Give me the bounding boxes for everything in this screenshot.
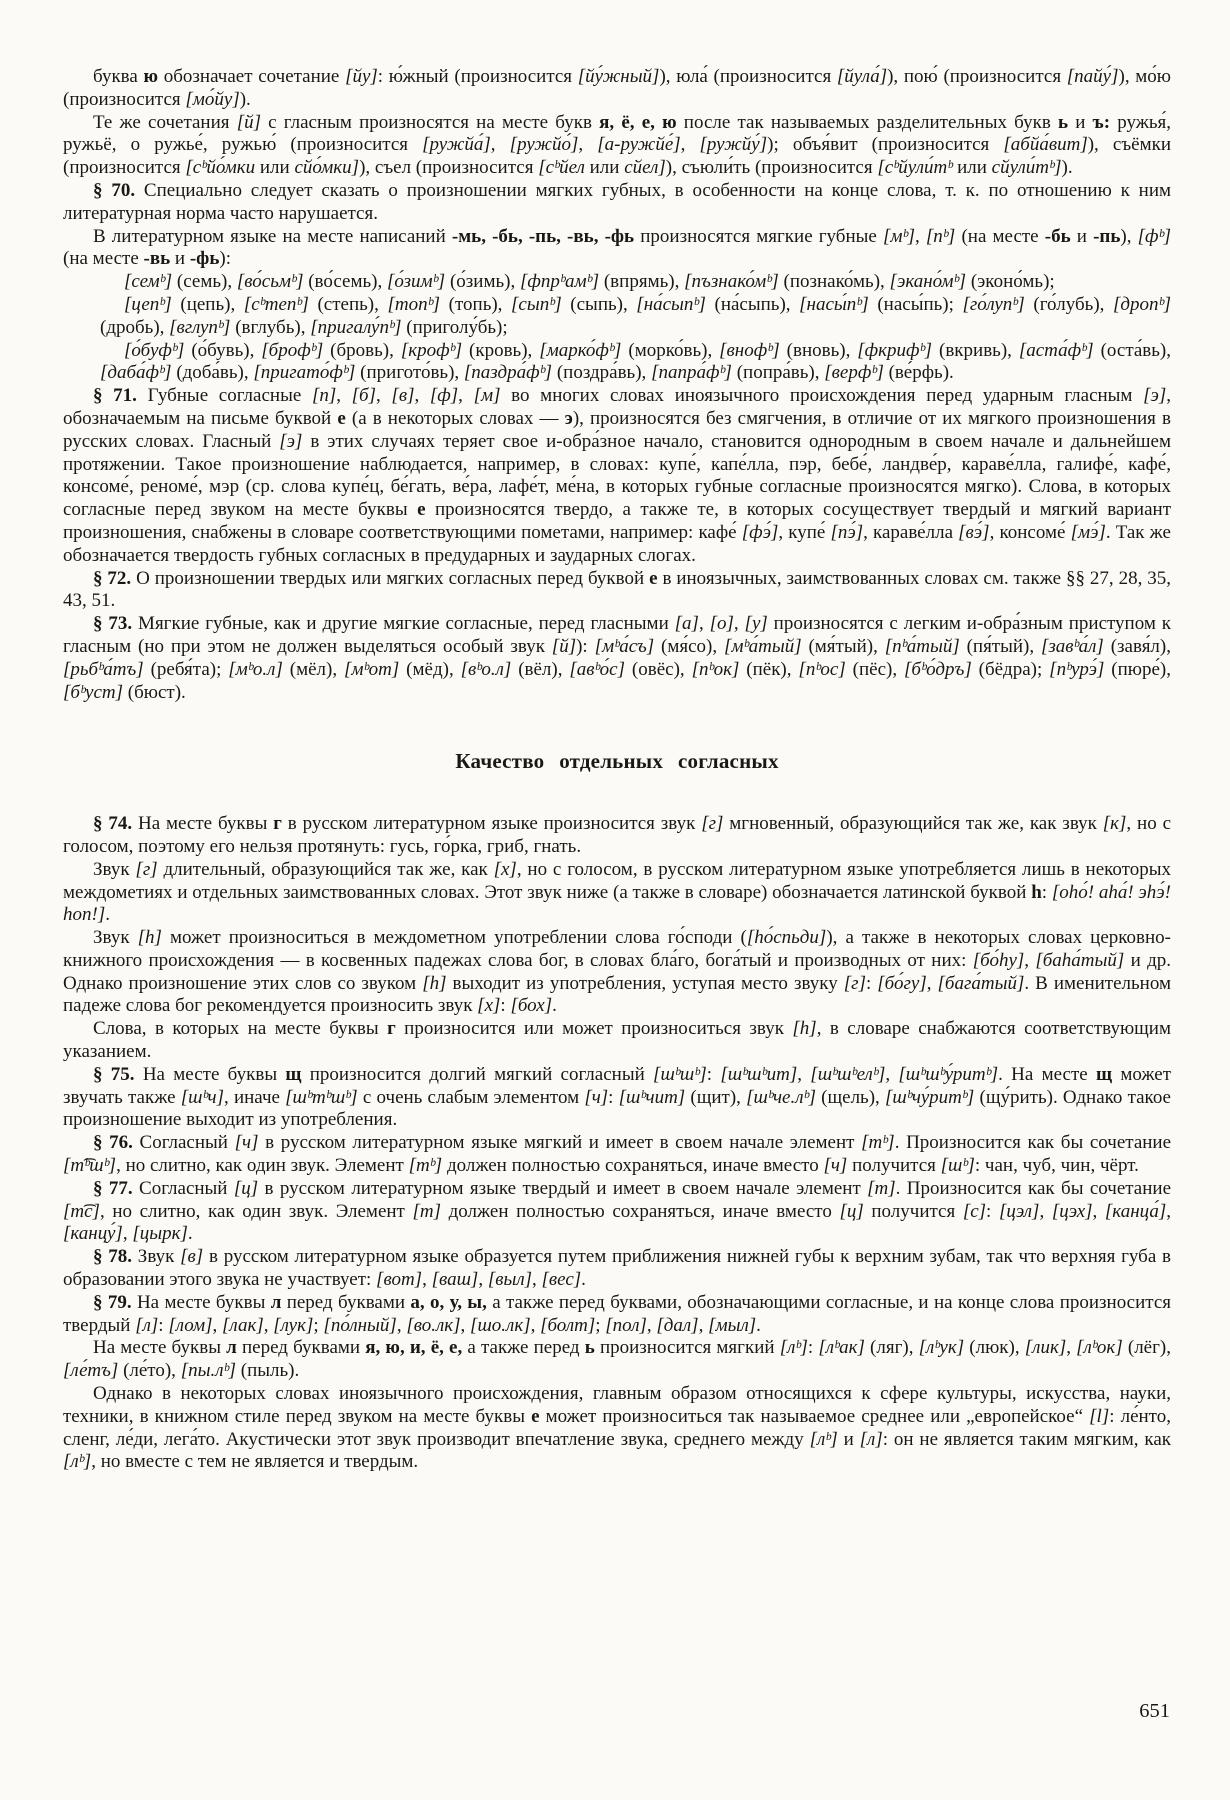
- emphasized-text: § 77.: [93, 1178, 133, 1199]
- body-text: ,: [213, 1315, 223, 1336]
- body-text: ,: [532, 1269, 542, 1290]
- transcription-text: [пайу́]: [1067, 66, 1119, 87]
- transcription-text: [пᵇ]: [926, 226, 955, 247]
- body-text: , но слитно, как один звук. Элемент: [100, 1201, 413, 1222]
- emphasized-text: е: [649, 568, 657, 589]
- emphasized-text: е: [337, 408, 345, 429]
- transcription-text: [мᵇа́съ]: [595, 636, 655, 657]
- transcription-text: [h]: [792, 1018, 816, 1039]
- emphasized-text: г: [387, 1018, 396, 1039]
- body-text: (пюре́),: [1104, 659, 1171, 680]
- body-text: ,: [422, 1269, 432, 1290]
- transcription-text: [х]: [477, 995, 500, 1016]
- body-text: перед буквами: [281, 1292, 410, 1313]
- body-text: ,: [699, 613, 710, 634]
- body-text: (пригото́вь),: [355, 362, 464, 383]
- emphasized-text: § 79.: [93, 1292, 132, 1313]
- body-text: :: [866, 973, 877, 994]
- body-text: произносится мягкий: [595, 1337, 780, 1358]
- transcription-text: [шо.лк]: [470, 1315, 531, 1336]
- transcription-text: сйел]: [624, 157, 666, 178]
- transcription-text: [т͡с]: [63, 1201, 100, 1222]
- transcription-text: [шᵇчит]: [619, 1087, 686, 1108]
- transcription-text: [бага́тый]: [938, 973, 1025, 994]
- paragraph: § 76. Согласный [ч] в русском литературн…: [63, 1132, 1171, 1178]
- body-text: , караве́лла: [863, 522, 958, 543]
- transcription-text: [о]: [710, 613, 734, 634]
- body-text: (на месте: [63, 248, 144, 269]
- body-text: Те же сочетания: [93, 112, 237, 133]
- emphasized-text: -мь, -бь, -пь, -вь, -фь: [452, 226, 634, 247]
- body-text: . На месте: [998, 1064, 1096, 1085]
- transcription-text: [брофᵇ]: [261, 340, 323, 361]
- transcription-text: [б]: [352, 385, 376, 406]
- body-text: (попра́вь),: [732, 362, 824, 383]
- transcription-text: [пригалу́пᵇ]: [310, 317, 401, 338]
- body-text: (мёл),: [283, 659, 344, 680]
- body-text: ,: [1024, 950, 1035, 971]
- body-text: ,: [699, 1315, 709, 1336]
- transcription-text: [лᵇок]: [1076, 1337, 1123, 1358]
- transcription-text: [канцу́]: [63, 1223, 123, 1244]
- emphasized-text: -фь: [190, 248, 220, 269]
- example-list-paragraph: [семᵇ] (семь), [во́сьмᵇ] (во́семь), [о́з…: [63, 271, 1171, 294]
- transcription-text: [э]: [1143, 385, 1166, 406]
- paragraph: § 74. На месте буквы г в русском литерат…: [63, 813, 1171, 859]
- transcription-text: [лак]: [222, 1315, 264, 1336]
- body-text: (щит),: [685, 1087, 746, 1108]
- transcription-text: [х]: [494, 859, 517, 880]
- transcription-text: [лᵇак]: [818, 1337, 865, 1358]
- body-text: (во́семь),: [303, 271, 387, 292]
- body-text: (пыль).: [236, 1360, 299, 1381]
- body-text: (кровь),: [462, 340, 539, 361]
- transcription-text: [по́лный]: [323, 1315, 396, 1336]
- transcription-text: [пъзнако́мᵇ]: [684, 271, 779, 292]
- body-text: должен полностью сохраняться, иначе вмес…: [442, 1155, 823, 1176]
- emphasized-text: л: [271, 1292, 282, 1313]
- transcription-text: [цепᵇ]: [124, 294, 172, 315]
- transcription-text: [мᵇот]: [344, 659, 399, 680]
- body-text: произносится или может произноситься зву…: [396, 1018, 793, 1039]
- body-text: , иначе: [224, 1087, 285, 1108]
- transcription-text: [пᵇок]: [692, 659, 740, 680]
- body-text: (щель),: [816, 1087, 885, 1108]
- body-text: ):: [576, 636, 594, 657]
- transcription-text: [авᵇо́с]: [569, 659, 625, 680]
- body-text: во многих словах иноязычного происхожден…: [501, 385, 1144, 406]
- transcription-text: [бох]: [510, 995, 552, 1016]
- paragraph: § 75. На месте буквы щ произносится долг…: [63, 1064, 1171, 1132]
- transcription-text: сйули́тᵇ]: [992, 157, 1062, 178]
- body-text: в русском литературном языке образуется …: [63, 1246, 1171, 1290]
- transcription-text: [г]: [844, 973, 866, 994]
- body-text: или: [585, 157, 624, 178]
- body-text: получится: [864, 1201, 963, 1222]
- body-text: ,: [915, 226, 926, 247]
- transcription-text: [вглупᵇ]: [169, 317, 230, 338]
- transcription-text: [в]: [180, 1246, 203, 1267]
- emphasized-text: ю: [144, 66, 159, 87]
- transcription-text: [шᵇшᵇит]: [720, 1064, 797, 1085]
- transcription-text: [пᵇурэ́]: [1049, 659, 1104, 680]
- emphasized-text: я, ю, и, ё, е,: [365, 1337, 462, 1358]
- paragraph: буква ю обозначает сочетание [йу]: ю́жны…: [63, 66, 1171, 112]
- body-text: (поздра́вь),: [552, 362, 651, 383]
- body-text: а также перед: [462, 1337, 585, 1358]
- transcription-text: [фэ́]: [742, 522, 779, 543]
- transcription-text: [ч]: [235, 1132, 259, 1153]
- body-text: в русском литературном языке произноситс…: [282, 813, 701, 834]
- body-text: (бёдра);: [972, 659, 1049, 680]
- body-text: (на месте: [955, 226, 1044, 247]
- transcription-text: [лᵇук]: [919, 1337, 965, 1358]
- body-text: (степь),: [309, 294, 388, 315]
- transcription-text: [сᵇйули́тᵇ: [877, 157, 952, 178]
- body-text: ,: [647, 1315, 657, 1336]
- transcription-text: [мэ́]: [1071, 522, 1106, 543]
- body-text: (пёк),: [739, 659, 798, 680]
- body-text: ), пою́ (произносится: [887, 66, 1067, 87]
- body-text: ).: [1062, 157, 1073, 178]
- body-text: перед буквами: [237, 1337, 365, 1358]
- body-text: или: [255, 157, 294, 178]
- transcription-text: [к]: [1103, 813, 1127, 834]
- body-text: длительный, образующийся так же, как: [158, 859, 494, 880]
- body-text: ,: [1093, 1201, 1105, 1222]
- transcription-text: [h]: [422, 973, 446, 994]
- transcription-text: [т]: [412, 1201, 441, 1222]
- body-text: с гласным произносятся на месте букв: [261, 112, 599, 133]
- transcription-text: [насы́пᵇ]: [799, 294, 869, 315]
- body-text: ;: [313, 1315, 323, 1336]
- emphasized-text: h: [1031, 882, 1042, 903]
- paragraph: § 77. Согласный [ц] в русском литературн…: [63, 1178, 1171, 1246]
- transcription-text: [шᵇче.лᵇ]: [746, 1087, 816, 1108]
- body-text: ):: [219, 248, 231, 269]
- example-list-paragraph: [цепᵇ] (цепь), [сᵇтепᵇ] (степь), [топᵇ] …: [63, 294, 1171, 340]
- transcription-text: [мыл]: [708, 1315, 756, 1336]
- body-text: : он не является таким мягким, как: [883, 1429, 1171, 1450]
- book-page: буква ю обозначает сочетание [йу]: ю́жны…: [0, 0, 1230, 1800]
- transcription-text: [во.лк]: [406, 1315, 460, 1336]
- transcription-text: [баhа́тый]: [1035, 950, 1124, 971]
- body-text: или: [952, 157, 991, 178]
- emphasized-text: я, ё, е, ю: [599, 112, 677, 133]
- body-text: Слова, в которых на месте буквы: [93, 1018, 387, 1039]
- emphasized-text: § 71.: [93, 385, 137, 406]
- transcription-text: [сыпᵇ]: [511, 294, 562, 315]
- body-text: произносится долгий мягкий согласный: [301, 1064, 653, 1085]
- transcription-text: [й]: [237, 112, 261, 133]
- body-text: :: [808, 1337, 818, 1358]
- body-text: (лёг),: [1123, 1337, 1171, 1358]
- body-text: (топь),: [440, 294, 511, 315]
- paragraph: На месте буквы л перед буквами я, ю, и, …: [63, 1337, 1171, 1383]
- body-text: Согласный: [133, 1178, 234, 1199]
- body-text: обозначает сочетание: [158, 66, 345, 87]
- transcription-text: [пᵇос]: [798, 659, 845, 680]
- transcription-text: [болт]: [540, 1315, 595, 1336]
- body-text: (завя́л),: [1104, 636, 1171, 657]
- transcription-text: [с]: [963, 1201, 986, 1222]
- transcription-text: [п]: [312, 385, 336, 406]
- transcription-text: [папра́фᵇ]: [651, 362, 732, 383]
- body-text: (доба́вь),: [172, 362, 254, 383]
- body-text: (пёс),: [846, 659, 904, 680]
- transcription-text: [ч]: [584, 1087, 608, 1108]
- emphasized-text: л: [226, 1337, 237, 1358]
- transcription-text: [йула́]: [837, 66, 887, 87]
- body-text: Звук: [132, 1246, 180, 1267]
- body-text: (ве́рфь).: [884, 362, 954, 383]
- body-text: и: [170, 248, 190, 269]
- paragraph: Те же сочетания [й] с гласным произносят…: [63, 112, 1171, 180]
- transcription-text: [г]: [701, 813, 723, 834]
- transcription-text: [марко́фᵇ]: [539, 340, 621, 361]
- transcription-text: [l]: [1089, 1406, 1109, 1427]
- body-text: произносятся мягкие губные: [634, 226, 883, 247]
- body-text: О произношении твердых или мягких соглас…: [131, 568, 649, 589]
- body-text: (ребя́та);: [144, 659, 229, 680]
- body-text: :: [158, 1315, 168, 1336]
- body-text: после так называемых разделительных букв: [677, 112, 1058, 133]
- transcription-text: [пол]: [605, 1315, 647, 1336]
- transcription-text: [абйа́вит]: [1003, 134, 1087, 155]
- transcription-text: [бо́hу]: [973, 950, 1025, 971]
- transcription-text: [аста́фᵇ]: [1019, 340, 1094, 361]
- transcription-text: [а]: [675, 613, 699, 634]
- transcription-text: [лᵇ]: [810, 1429, 838, 1450]
- body-text: (дробь),: [100, 317, 169, 338]
- body-text: ,: [264, 1315, 274, 1336]
- body-text: ,: [1039, 1201, 1051, 1222]
- body-text: ,: [461, 1315, 471, 1336]
- body-text: и: [1068, 112, 1093, 133]
- body-text: ), съел (произносится: [359, 157, 538, 178]
- transcription-text: [даба́фᵇ]: [100, 362, 172, 383]
- body-text: ,: [734, 613, 745, 634]
- body-text: (семь),: [172, 271, 237, 292]
- body-text: (о́зимь),: [445, 271, 520, 292]
- transcription-text: [ц]: [234, 1178, 258, 1199]
- paragraph: В литературном языке на месте написаний …: [63, 226, 1171, 272]
- emphasized-text: § 76.: [93, 1132, 133, 1153]
- transcription-text: [рьбᵇа́тъ]: [63, 659, 144, 680]
- transcription-text: [пригато́фᵇ]: [253, 362, 355, 383]
- emphasized-text: е: [531, 1406, 539, 1427]
- transcription-text: [бо́гу]: [877, 973, 926, 994]
- body-text: в русском литературном языке твердый и и…: [258, 1178, 867, 1199]
- emphasized-text: § 75.: [93, 1064, 135, 1085]
- body-text: На месте буквы: [132, 813, 273, 834]
- body-text: (мя́тый),: [802, 636, 885, 657]
- transcription-text: [м]: [474, 385, 501, 406]
- body-text: (сыпь),: [562, 294, 637, 315]
- transcription-text: [ваш]: [432, 1269, 479, 1290]
- body-text: ,: [336, 385, 351, 406]
- text-content: буква ю обозначает сочетание [йу]: ю́жны…: [63, 66, 1171, 1474]
- body-text: В литературном языке на месте написаний: [93, 226, 452, 247]
- transcription-text: [вот]: [376, 1269, 422, 1290]
- body-text: ,: [885, 1064, 898, 1085]
- body-text: На месте буквы: [135, 1064, 286, 1085]
- transcription-text: [сᵇйо́мки: [185, 157, 255, 178]
- emphasized-text: -бь: [1045, 226, 1071, 247]
- body-text: , но слитно, как один звук. Элемент: [116, 1155, 408, 1176]
- transcription-text: [мо́йу]: [185, 89, 239, 110]
- body-text: (эконо́мь);: [966, 271, 1055, 292]
- body-text: ),: [1120, 226, 1137, 247]
- body-text: (цепь),: [172, 294, 244, 315]
- emphasized-text: -вь: [144, 248, 171, 269]
- page-number: 651: [1139, 1700, 1170, 1723]
- transcription-text: [йу]: [345, 66, 378, 87]
- transcription-text: [пэ́]: [830, 522, 863, 543]
- body-text: Мягкие губные, как и другие мягкие согла…: [132, 613, 674, 634]
- emphasized-text: а, о, у, ы,: [410, 1292, 487, 1313]
- paragraph: Однако в некоторых словах иноязычного пр…: [63, 1383, 1171, 1474]
- paragraph: Слова, в которых на месте буквы г произн…: [63, 1018, 1171, 1064]
- body-text: , консоме́: [990, 522, 1071, 543]
- transcription-text: [цэл]: [999, 1201, 1039, 1222]
- body-text: (вкривь),: [932, 340, 1019, 361]
- body-text: , но вместе с тем не является и твердым.: [91, 1451, 418, 1472]
- transcription-text: [шᵇ]: [941, 1155, 975, 1176]
- transcription-text: [во́сьмᵇ]: [237, 271, 304, 292]
- emphasized-text: ь: [1058, 112, 1068, 133]
- paragraph: § 78. Звук [в] в русском литературном яз…: [63, 1246, 1171, 1292]
- body-text: мгновенный, образующийся так же, как зву…: [723, 813, 1102, 834]
- emphasized-text: § 74.: [93, 813, 132, 834]
- transcription-text: [вᵇо.л]: [461, 659, 512, 680]
- emphasized-text: ъ:: [1093, 112, 1110, 133]
- transcription-text: [л]: [135, 1315, 158, 1336]
- body-text: (мя́со),: [654, 636, 724, 657]
- body-text: ,: [458, 385, 473, 406]
- body-text: (вглубь),: [230, 317, 310, 338]
- body-text: Губные согласные: [137, 385, 312, 406]
- emphasized-text: е: [417, 499, 425, 520]
- transcription-text: [йу́жный]: [578, 66, 660, 87]
- transcription-text: [тᵇ]: [861, 1132, 895, 1153]
- body-text: :: [1042, 882, 1052, 903]
- body-text: выходит из употребления, уступая место з…: [446, 973, 843, 994]
- emphasized-text: -пь: [1093, 226, 1120, 247]
- transcription-text: [бᵇо́дръ]: [904, 659, 972, 680]
- transcription-text: [ле́тъ]: [63, 1360, 118, 1381]
- emphasized-text: щ: [1096, 1064, 1112, 1085]
- transcription-text: [ч]: [823, 1155, 847, 1176]
- transcription-text: [ружйо́]: [510, 134, 579, 155]
- transcription-text: [шᵇшᵇ]: [653, 1064, 707, 1085]
- transcription-text: [канца́]: [1105, 1201, 1166, 1222]
- body-text: (впрямь),: [599, 271, 684, 292]
- transcription-text: [экано́мᵇ]: [890, 271, 967, 292]
- body-text: .: [552, 995, 557, 1016]
- paragraph: § 70. Специально следует сказать о произ…: [63, 180, 1171, 226]
- transcription-text: [лук]: [273, 1315, 313, 1336]
- transcription-text: сйо́мки]: [294, 157, 359, 178]
- body-text: :: [707, 1064, 721, 1085]
- body-text: : чан, чуб, чин, чёрт.: [975, 1155, 1139, 1176]
- transcription-text: [бᵇуст]: [63, 682, 123, 703]
- transcription-text: [о́зимᵇ]: [387, 271, 445, 292]
- body-text: (бюст).: [123, 682, 186, 703]
- body-text: (оста́вь),: [1094, 340, 1171, 361]
- transcription-text: [шᵇчу́ритᵇ]: [885, 1087, 974, 1108]
- body-text: с очень слабым элементом: [358, 1087, 585, 1108]
- body-text: в русском литературном языке мягкий и им…: [258, 1132, 861, 1153]
- transcription-text: [шᵇтᵇшᵇ]: [285, 1087, 358, 1108]
- transcription-text: [сᵇтепᵇ]: [244, 294, 309, 315]
- body-text: ,: [797, 1064, 810, 1085]
- transcription-text: [цэх]: [1052, 1201, 1093, 1222]
- paragraph: Звук [г] длительный, образующийся так же…: [63, 859, 1171, 927]
- transcription-text: [вес]: [542, 1269, 582, 1290]
- body-text: ); объя́вит (произносится: [767, 134, 1003, 155]
- transcription-text: [лᵇ]: [63, 1451, 91, 1472]
- transcription-text: [у]: [745, 613, 768, 634]
- transcription-text: [пᵇа́тый]: [885, 636, 960, 657]
- body-text: ,: [478, 1269, 488, 1290]
- transcription-text: [крофᵇ]: [401, 340, 462, 361]
- body-text: ).: [240, 89, 251, 110]
- body-text: .: [581, 1269, 586, 1290]
- transcription-text: [й]: [552, 636, 576, 657]
- body-text: (насы́пь);: [869, 294, 963, 315]
- body-text: ,: [531, 1315, 541, 1336]
- body-text: и: [1071, 226, 1093, 247]
- transcription-text: [внофᵇ]: [719, 340, 780, 361]
- body-text: : ю́жный (произносится: [378, 66, 578, 87]
- transcription-text: [сᵇйел: [538, 157, 585, 178]
- emphasized-text: § 78.: [93, 1246, 132, 1267]
- transcription-text: [ц]: [839, 1201, 863, 1222]
- body-text: (ляг),: [865, 1337, 919, 1358]
- body-text: (люк),: [964, 1337, 1025, 1358]
- body-text: (о́бувь),: [184, 340, 261, 361]
- body-text: и: [838, 1429, 860, 1450]
- body-text: .: [756, 1315, 761, 1336]
- body-text: получится: [847, 1155, 940, 1176]
- transcription-text: [г]: [135, 859, 157, 880]
- transcription-text: [тᵇ]: [409, 1155, 443, 1176]
- transcription-text: [т]: [867, 1178, 896, 1199]
- transcription-text: [семᵇ]: [124, 271, 172, 292]
- body-text: (познако́мь),: [779, 271, 890, 292]
- transcription-text: [фᵇ]: [1138, 226, 1171, 247]
- transcription-text: [о́буфᵇ]: [124, 340, 184, 361]
- transcription-text: [шᵇшᵇелᵇ]: [810, 1064, 885, 1085]
- transcription-text: [вэ́]: [958, 522, 989, 543]
- body-text: ,: [578, 134, 597, 155]
- body-text: Звук: [93, 927, 138, 948]
- body-text: может произноситься так называемое средн…: [540, 1406, 1090, 1427]
- section-heading: Качество отдельных согласных: [63, 750, 1171, 773]
- transcription-text: [дал]: [656, 1315, 698, 1336]
- body-text: :: [608, 1087, 618, 1108]
- transcription-text: [л]: [860, 1429, 883, 1450]
- transcription-text: [h]: [138, 927, 162, 948]
- transcription-text: [ф]: [430, 385, 458, 406]
- body-text: ,: [414, 385, 429, 406]
- transcription-text: [цырк]: [132, 1223, 188, 1244]
- transcription-text: [шᵇч]: [181, 1087, 224, 1108]
- paragraph: Звук [h] может произноситься в междометн…: [63, 927, 1171, 1018]
- transcription-text: [шᵇшᵇу́ритᵇ]: [898, 1064, 998, 1085]
- transcription-text: [ружйу́]: [700, 134, 768, 155]
